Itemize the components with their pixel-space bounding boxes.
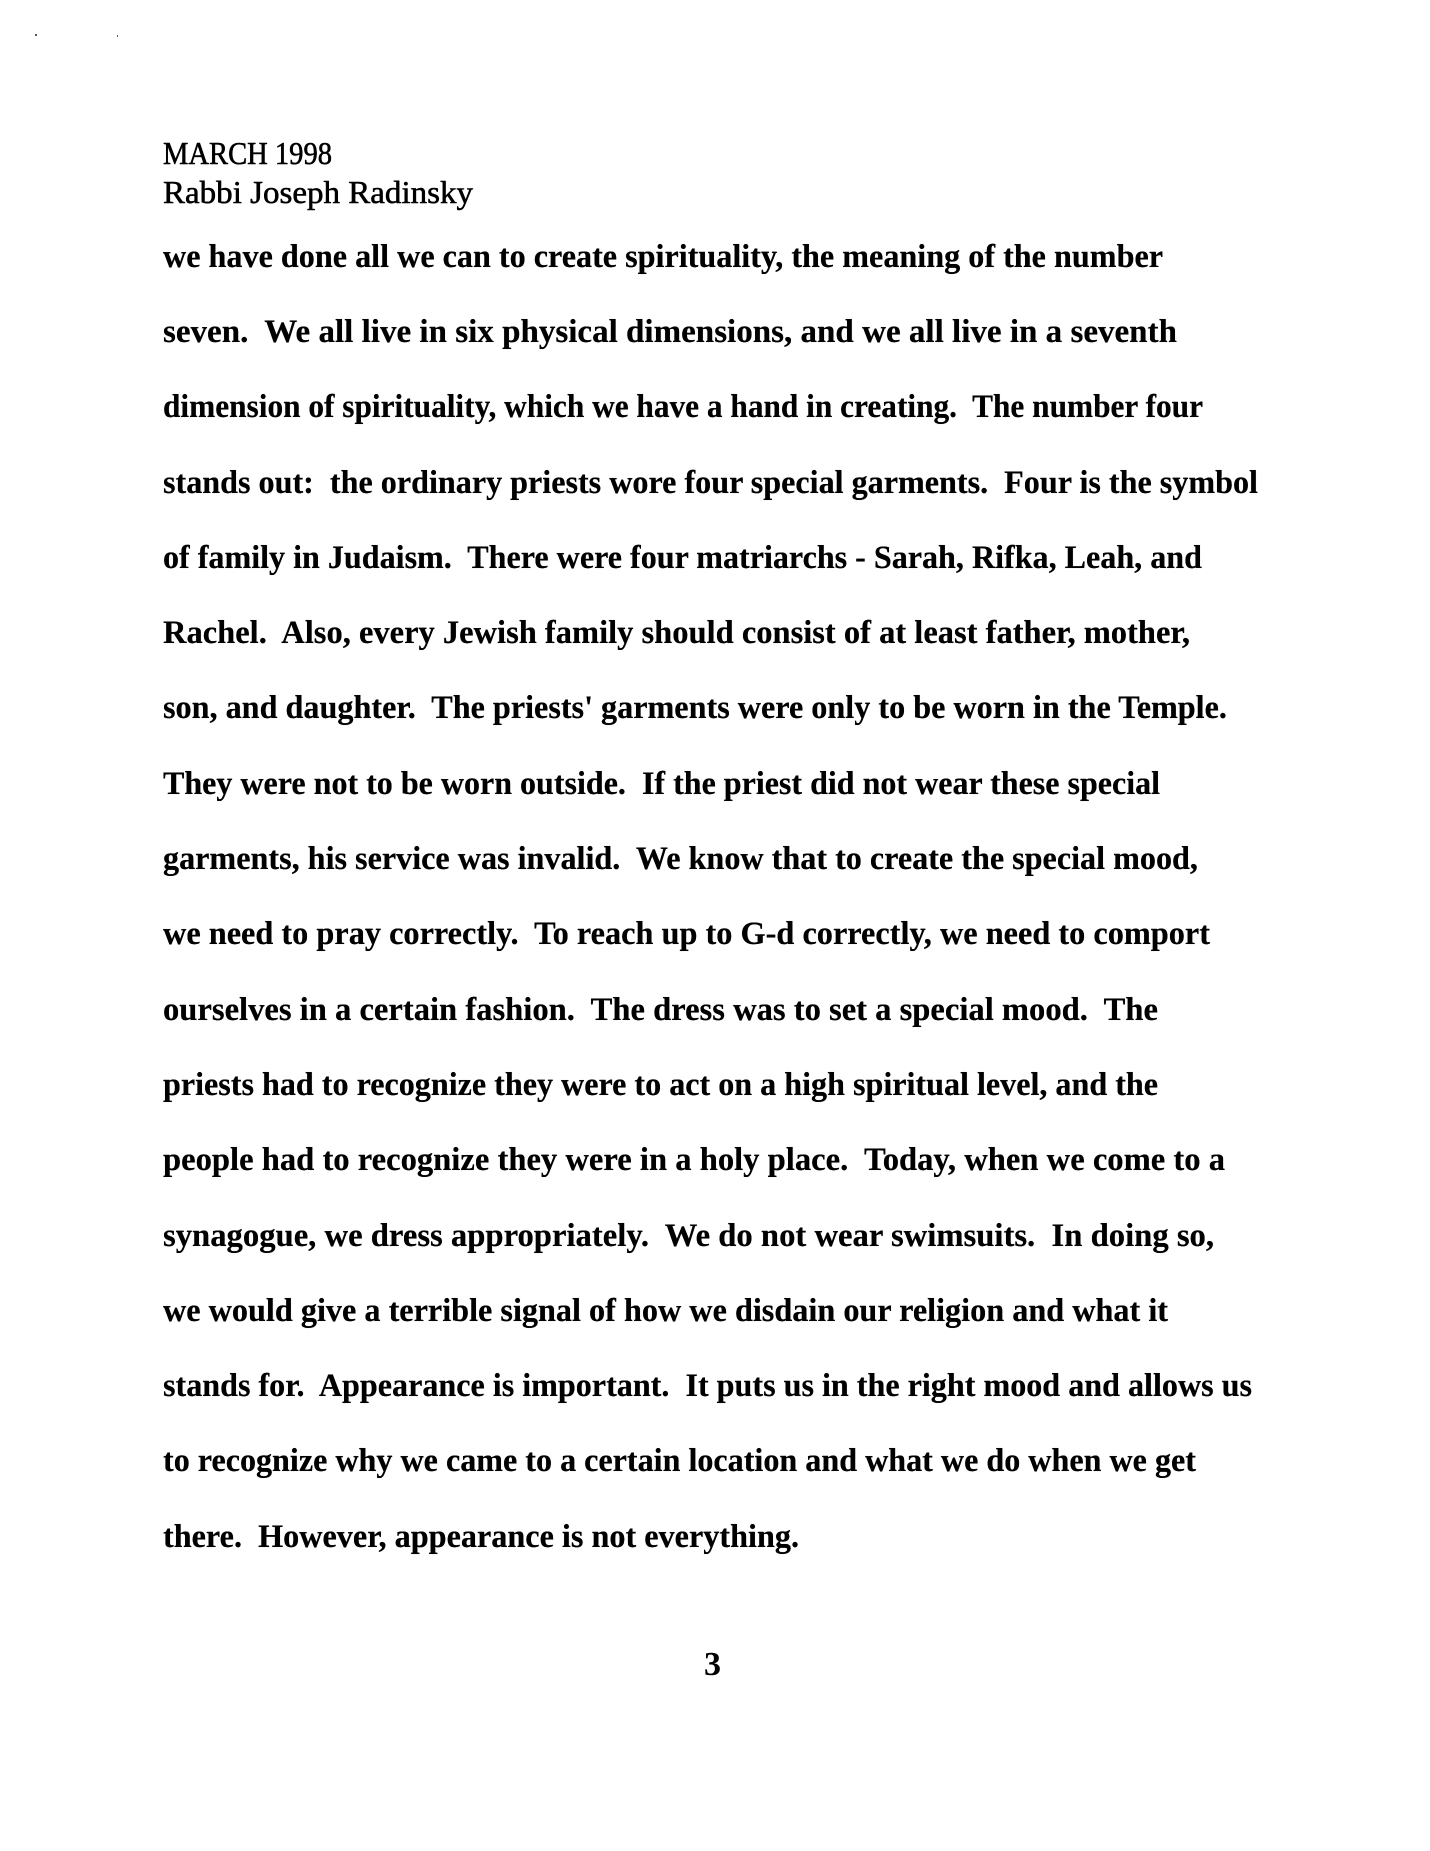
body-line: garments, his service was invalid. We kn… — [163, 843, 1198, 876]
body-line: there. However, appearance is not everyt… — [163, 1521, 799, 1554]
scan-speck — [117, 35, 118, 37]
body-line: They were not to be worn outside. If the… — [163, 768, 1160, 801]
page-number: 3 — [704, 1648, 721, 1682]
body-line: to recognize why we came to a certain lo… — [163, 1445, 1196, 1478]
document-page: MARCH 1998 Rabbi Joseph Radinsky we have… — [0, 0, 1430, 1851]
body-line: son, and daughter. The priests' garments… — [163, 692, 1227, 725]
body-line: stands out: the ordinary priests wore fo… — [163, 467, 1258, 500]
document-author: Rabbi Joseph Radinsky — [163, 176, 473, 208]
body-line: synagogue, we dress appropriately. We do… — [163, 1220, 1214, 1253]
document-date: MARCH 1998 — [163, 137, 332, 169]
body-line: people had to recognize they were in a h… — [163, 1144, 1225, 1177]
body-line: we would give a terrible signal of how w… — [163, 1295, 1168, 1328]
body-line: dimension of spirituality, which we have… — [163, 391, 1203, 424]
body-line: Rachel. Also, every Jewish family should… — [163, 617, 1190, 650]
body-line: of family in Judaism. There were four ma… — [163, 542, 1202, 575]
body-line: ourselves in a certain fashion. The dres… — [163, 994, 1158, 1027]
body-line: seven. We all live in six physical dimen… — [163, 316, 1177, 349]
body-line: priests had to recognize they were to ac… — [163, 1069, 1158, 1102]
body-line: stands for. Appearance is important. It … — [163, 1370, 1252, 1403]
body-line: we have done all we can to create spirit… — [163, 241, 1163, 274]
scan-speck — [35, 34, 37, 36]
body-line: we need to pray correctly. To reach up t… — [163, 918, 1210, 951]
